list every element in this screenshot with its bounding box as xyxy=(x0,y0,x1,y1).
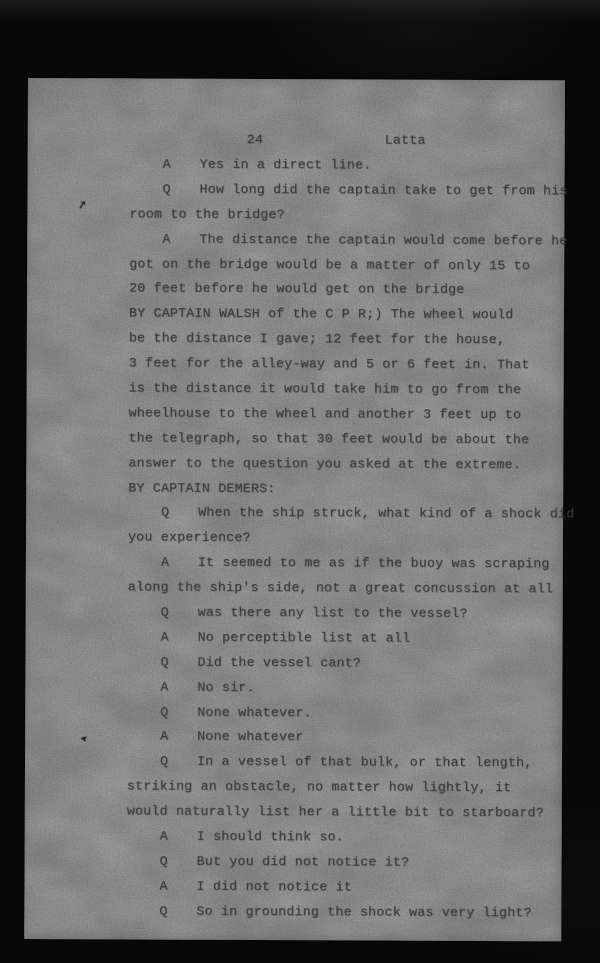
speaker-label: A xyxy=(161,551,198,576)
line-text: you experience? xyxy=(128,530,251,546)
transcript-line: along the ship's side, not a great concu… xyxy=(26,575,563,602)
line-text: answer to the question you asked at the … xyxy=(128,455,521,472)
line-text: But you did not notice it? xyxy=(197,854,410,870)
transcript-line: AI did not notice it xyxy=(24,874,561,901)
line-text: was there any list to the vessel? xyxy=(198,605,468,621)
speaker-label: A xyxy=(160,675,197,700)
page-number: 24 xyxy=(247,132,263,147)
transcript-line: 3 feet for the alley-way and 5 or 6 feet… xyxy=(27,351,564,378)
line-text: No perceptible list at all xyxy=(198,630,411,646)
line-text: be the distance I gave; 12 feet for the … xyxy=(129,331,505,348)
transcript-line: wheelhouse to the wheel and another 3 fe… xyxy=(26,401,563,428)
line-text: I should think so. xyxy=(197,829,344,845)
line-text: No sir. xyxy=(197,679,254,694)
speaker-label: A xyxy=(161,626,198,651)
line-text: None whatever xyxy=(197,729,303,744)
speaker-label: Q xyxy=(159,899,196,924)
line-text: along the ship's side, not a great concu… xyxy=(128,580,553,597)
transcript-line: the telegraph, so that 30 feet would be … xyxy=(26,426,563,453)
speaker-label: Q xyxy=(161,601,198,626)
line-text: Yes in a direct line. xyxy=(200,157,372,173)
transcript-line: AI should think so. xyxy=(25,824,562,851)
line-text: would naturally list her a little bit to… xyxy=(127,804,544,821)
transcript-line: got on the bridge would be a matter of o… xyxy=(27,252,564,279)
line-text: It seemed to me as if the buoy was scrap… xyxy=(198,555,550,572)
scan-backdrop: 24 Latta AYes in a direct line. QHow lon… xyxy=(0,0,600,963)
speaker-label: A xyxy=(162,227,199,252)
speaker-label: A xyxy=(159,874,196,899)
speaker-label: Q xyxy=(160,650,197,675)
line-text: I did not notice it xyxy=(196,879,351,895)
transcript-line: ANo sir. xyxy=(25,675,562,702)
line-text: 3 feet for the alley-way and 5 or 6 feet… xyxy=(129,356,530,373)
transcript-line: be the distance I gave; 12 feet for the … xyxy=(27,326,564,353)
transcript-line: ANone whatever xyxy=(25,724,562,751)
document-page: 24 Latta AYes in a direct line. QHow lon… xyxy=(24,78,565,941)
line-text: room to the bridge? xyxy=(129,206,284,222)
transcript-line: 20 feet before he would get on the bridg… xyxy=(27,276,564,303)
transcript-line: is the distance it would take him to go … xyxy=(27,376,564,403)
transcript-line: would naturally list her a little bit to… xyxy=(25,799,562,826)
line-text: BY CAPTAIN WALSH of the C P R;) The whee… xyxy=(129,306,513,323)
speaker-label: A xyxy=(163,153,200,178)
line-text: None whatever. xyxy=(197,704,312,719)
page-header: 24 Latta xyxy=(28,131,565,149)
line-text: So in grounding the shock was very light… xyxy=(196,903,531,919)
transcript-line: room to the bridge? xyxy=(27,202,564,229)
typewritten-text: 24 Latta AYes in a direct line. QHow lon… xyxy=(24,78,565,941)
line-text: When the ship struck, what kind of a sho… xyxy=(198,505,574,522)
transcript-body: AYes in a direct line. QHow long did the… xyxy=(24,152,564,926)
speaker-label: Q xyxy=(160,700,197,725)
line-text: The distance the captain would come befo… xyxy=(199,231,567,248)
transcript-line: QSo in grounding the shock was very ligh… xyxy=(24,899,561,926)
speaker-label: Q xyxy=(162,177,199,202)
transcript-line: BY CAPTAIN WALSH of the C P R;) The whee… xyxy=(27,301,564,328)
line-text: In a vessel of that bulk, or that length… xyxy=(197,754,532,770)
witness-name: Latta xyxy=(385,133,426,148)
line-text: striking an obstacle, no matter how ligh… xyxy=(127,779,511,796)
transcript-line: AThe distance the captain would come bef… xyxy=(27,227,564,254)
speaker-label: A xyxy=(160,825,197,850)
transcript-line: Qwas there any list to the vessel? xyxy=(26,600,563,627)
transcript-line: AIt seemed to me as if the buoy was scra… xyxy=(26,550,563,577)
speaker-label: Q xyxy=(161,501,198,526)
transcript-line: you experience? xyxy=(26,525,563,552)
line-text: Did the vessel cant? xyxy=(197,655,361,671)
speaker-label: Q xyxy=(160,750,197,775)
transcript-line: QHow long did the captain take to get fr… xyxy=(27,177,564,204)
transcript-line: QBut you did not notice it? xyxy=(25,849,562,876)
transcript-line: answer to the question you asked at the … xyxy=(26,451,563,478)
speaker-label: A xyxy=(160,725,197,750)
line-text: wheelhouse to the wheel and another 3 fe… xyxy=(129,405,522,422)
transcript-line: ANo perceptible list at all xyxy=(26,625,563,652)
transcript-line: QWhen the ship struck, what kind of a sh… xyxy=(26,500,563,527)
line-text: is the distance it would take him to go … xyxy=(129,380,522,397)
line-text: How long did the captain take to get fro… xyxy=(199,182,567,199)
speaker-label: Q xyxy=(160,850,197,875)
transcript-line: striking an obstacle, no matter how ligh… xyxy=(25,774,562,801)
transcript-line: QNone whatever. xyxy=(25,700,562,727)
transcript-line: QDid the vessel cant? xyxy=(25,650,562,677)
transcript-line: AYes in a direct line. xyxy=(28,152,565,179)
transcript-line: BY CAPTAIN DEMERS: xyxy=(26,476,563,503)
line-text: 20 feet before he would get on the bridg… xyxy=(129,281,464,297)
line-text: the telegraph, so that 30 feet would be … xyxy=(128,430,529,447)
line-text: got on the bridge would be a matter of o… xyxy=(129,256,530,273)
line-text: BY CAPTAIN DEMERS: xyxy=(128,480,275,496)
transcript-line: QIn a vessel of that bulk, or that lengt… xyxy=(25,749,562,776)
